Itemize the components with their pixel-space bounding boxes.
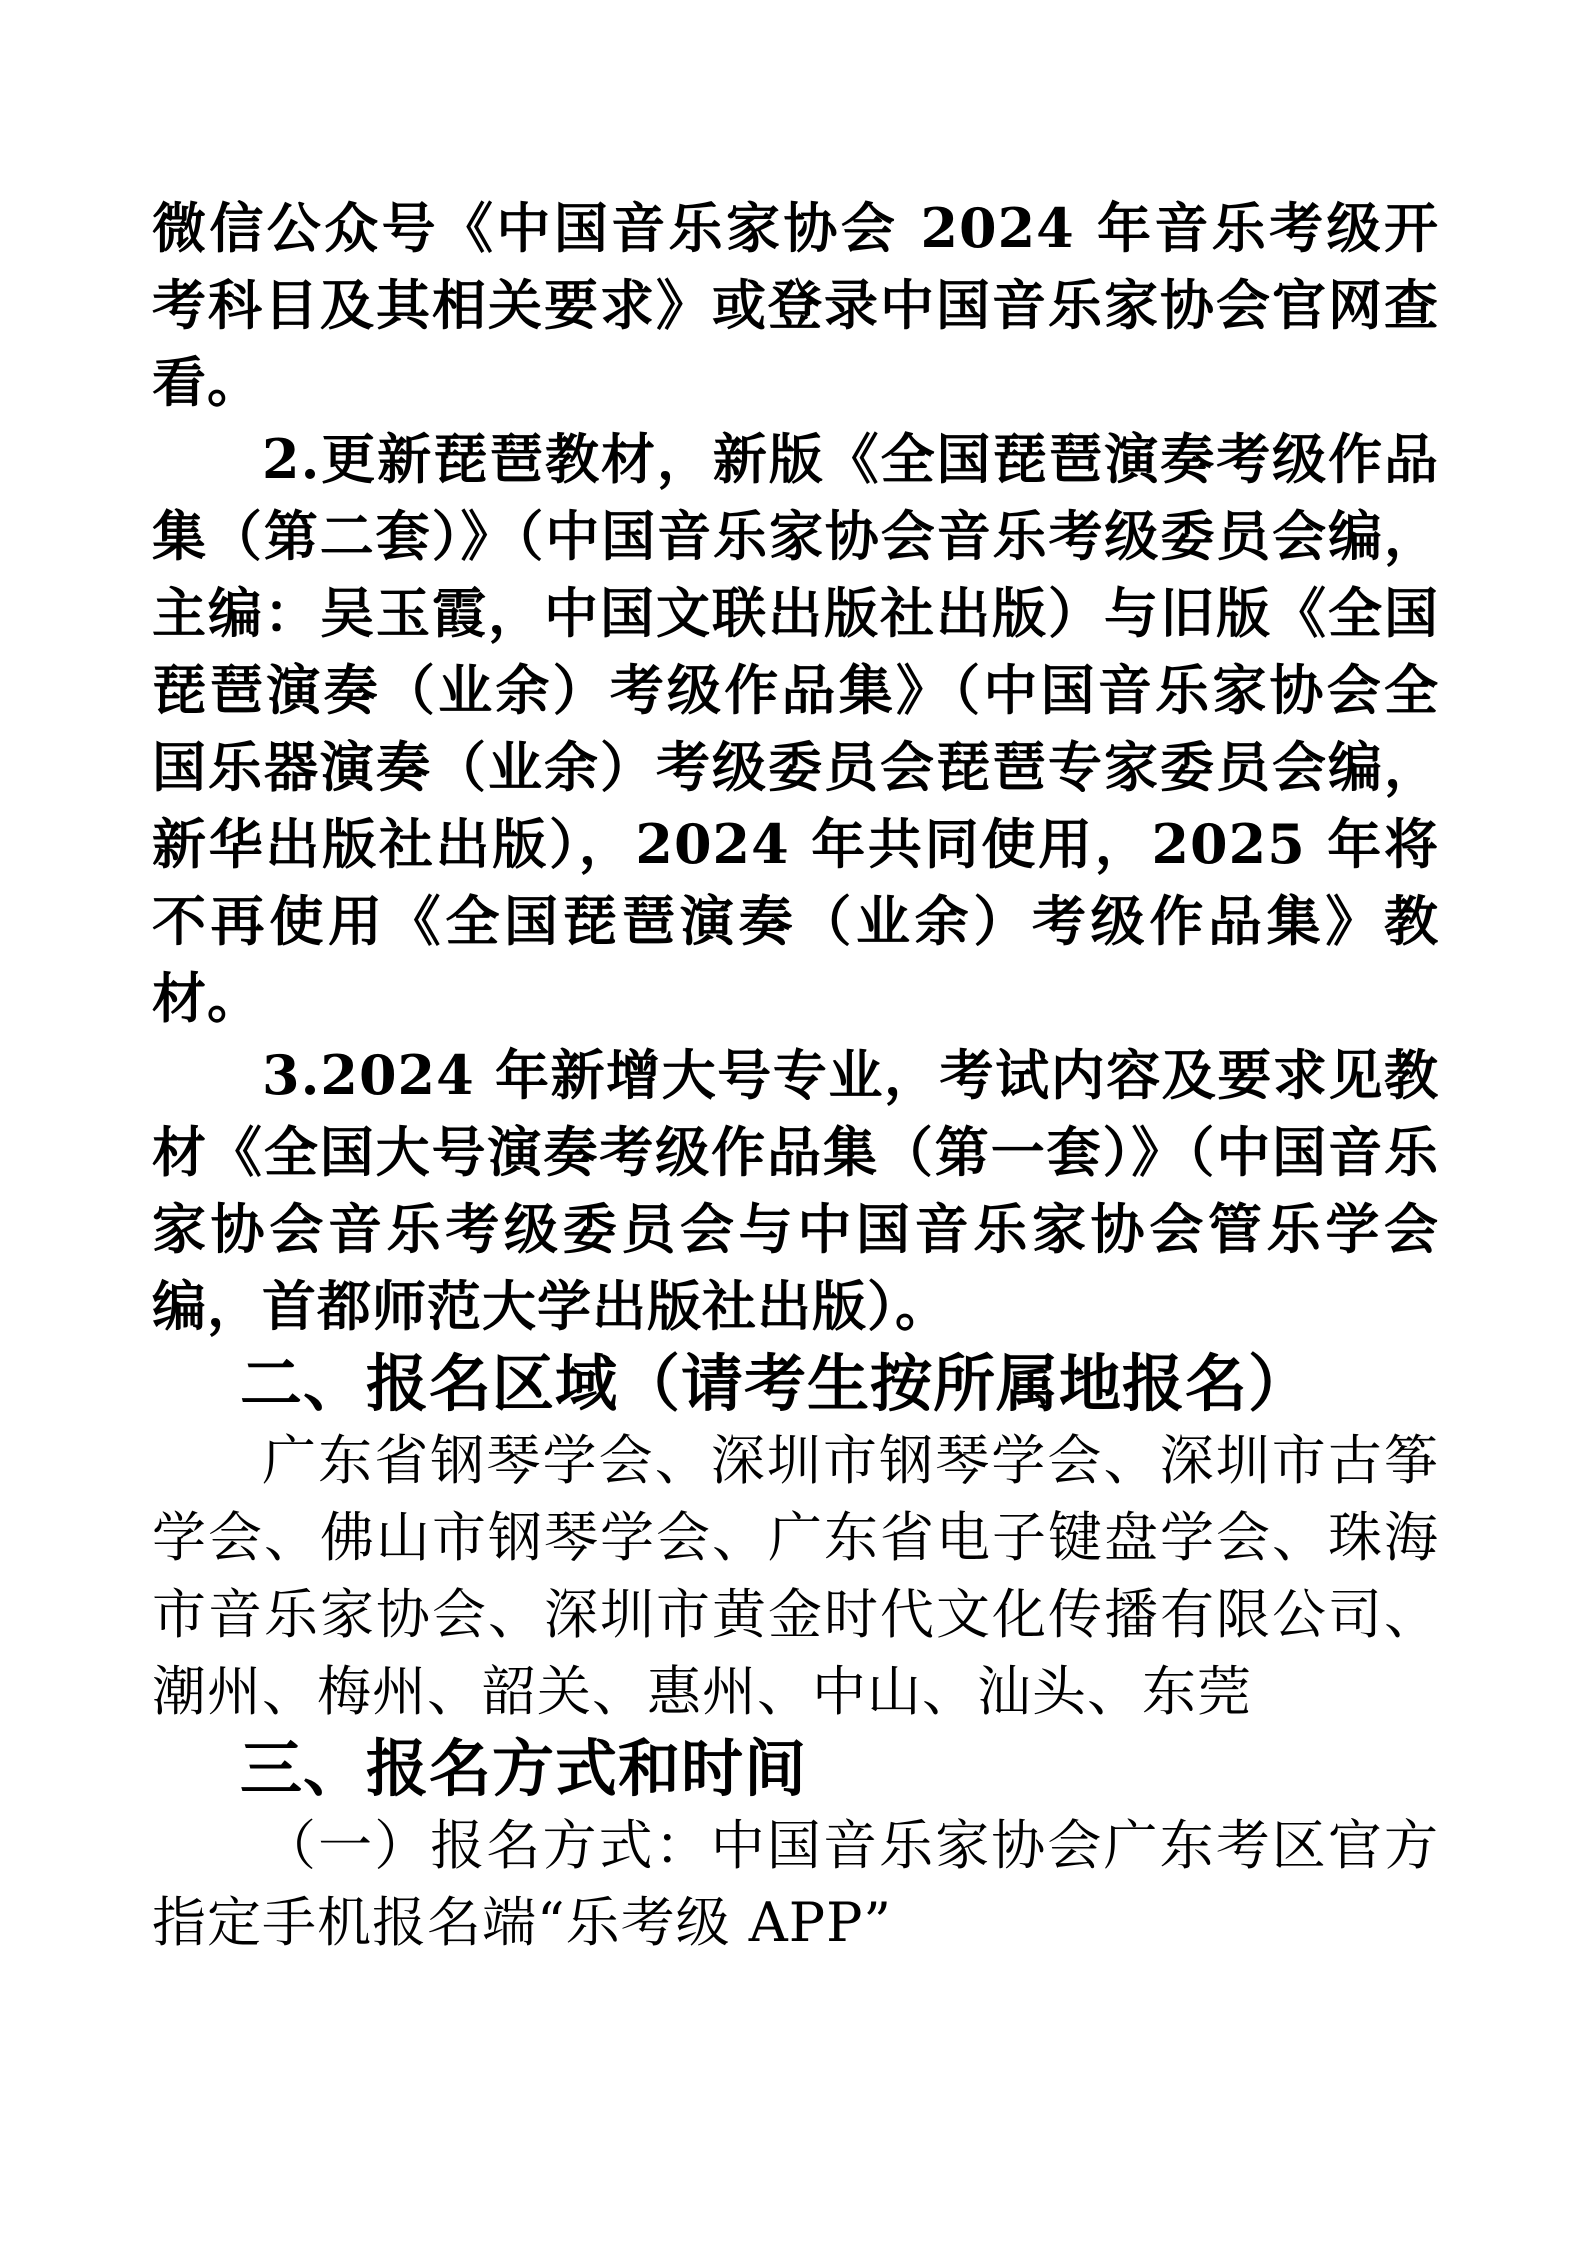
- document-page: 微信公众号《中国音乐家协会 2024 年音乐考级开考科目及其相关要求》或登录中国…: [0, 0, 1587, 2245]
- paragraph-registration-method: （一）报名方式：中国音乐家协会广东考区官方指定手机报名端“乐考级 APP”: [152, 1807, 1439, 1961]
- paragraph-region-list: 广东省钢琴学会、深圳市钢琴学会、深圳市古筝学会、佛山市钢琴学会、广东省电子键盘学…: [152, 1422, 1439, 1730]
- paragraph-pipa-textbook-update: 2.更新琵琶教材，新版《全国琵琶演奏考级作品集（第二套）》（中国音乐家协会音乐考…: [152, 421, 1439, 1037]
- section-heading-registration-method-time: 三、报名方式和时间: [240, 1730, 1439, 1807]
- paragraph-wechat-notice: 微信公众号《中国音乐家协会 2024 年音乐考级开考科目及其相关要求》或登录中国…: [152, 190, 1439, 421]
- paragraph-tuba-new-subject: 3.2024 年新增大号专业，考试内容及要求见教材《全国大号演奏考级作品集（第一…: [152, 1037, 1439, 1345]
- section-heading-registration-regions: 二、报名区域（请考生按所属地报名）: [240, 1345, 1439, 1422]
